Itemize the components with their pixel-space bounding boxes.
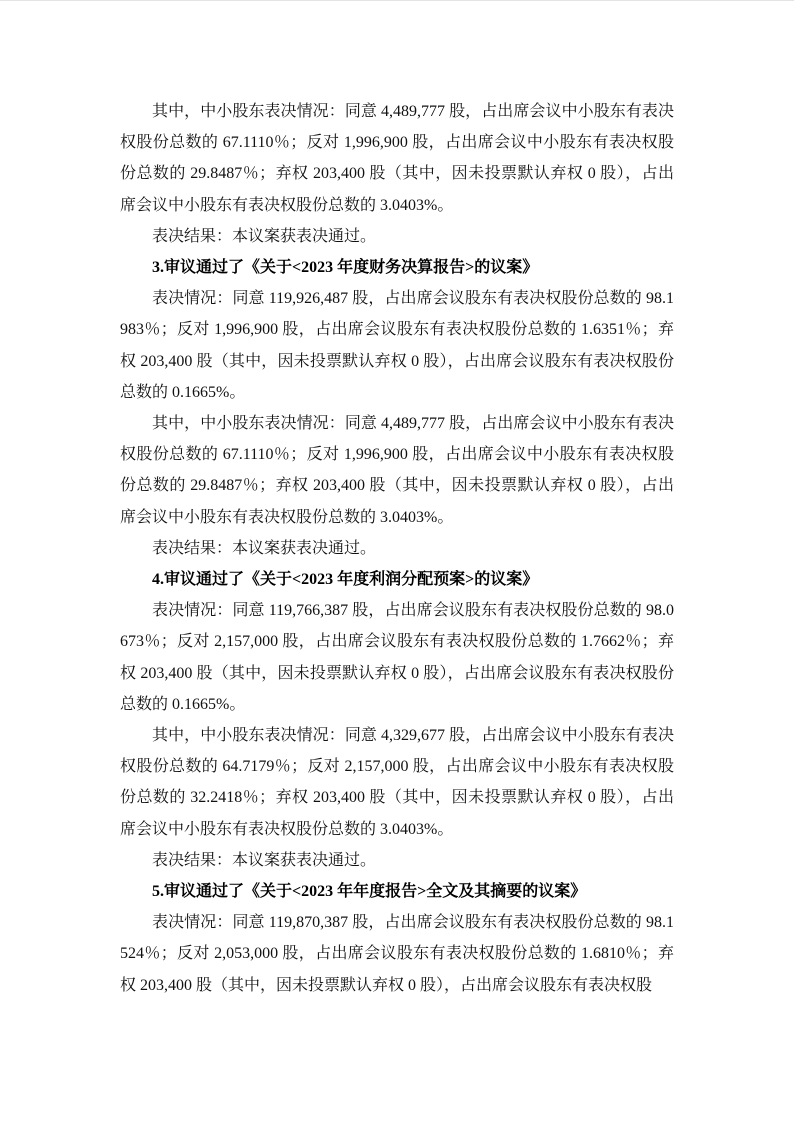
section-heading: 3.审议通过了《关于<2023 年度财务决算报告>的议案》 xyxy=(120,252,674,283)
document-paragraph: 表决结果：本议案获表决通过。 xyxy=(120,221,674,252)
document-paragraph: 其中，中小股东表决情况：同意 4,489,777 股，占出席会议中小股东有表决权… xyxy=(120,408,674,533)
document-paragraph: 表决情况：同意 119,870,387 股，占出席会议股东有表决权股份总数的 9… xyxy=(120,907,674,1001)
document-paragraph: 其中，中小股东表决情况：同意 4,329,677 股，占出席会议中小股东有表决权… xyxy=(120,720,674,845)
document-content: 其中，中小股东表决情况：同意 4,489,777 股，占出席会议中小股东有表决权… xyxy=(120,96,674,1001)
document-page: 其中，中小股东表决情况：同意 4,489,777 股，占出席会议中小股东有表决权… xyxy=(0,0,794,1122)
document-paragraph: 表决情况：同意 119,766,387 股，占出席会议股东有表决权股份总数的 9… xyxy=(120,595,674,720)
document-paragraph: 表决情况：同意 119,926,487 股，占出席会议股东有表决权股份总数的 9… xyxy=(120,283,674,408)
document-paragraph: 表决结果：本议案获表决通过。 xyxy=(120,533,674,564)
section-heading: 4.审议通过了《关于<2023 年度利润分配预案>的议案》 xyxy=(120,564,674,595)
document-paragraph: 表决结果：本议案获表决通过。 xyxy=(120,845,674,876)
section-heading: 5.审议通过了《关于<2023 年年度报告>全文及其摘要的议案》 xyxy=(120,876,674,907)
document-paragraph: 其中，中小股东表决情况：同意 4,489,777 股，占出席会议中小股东有表决权… xyxy=(120,96,674,221)
